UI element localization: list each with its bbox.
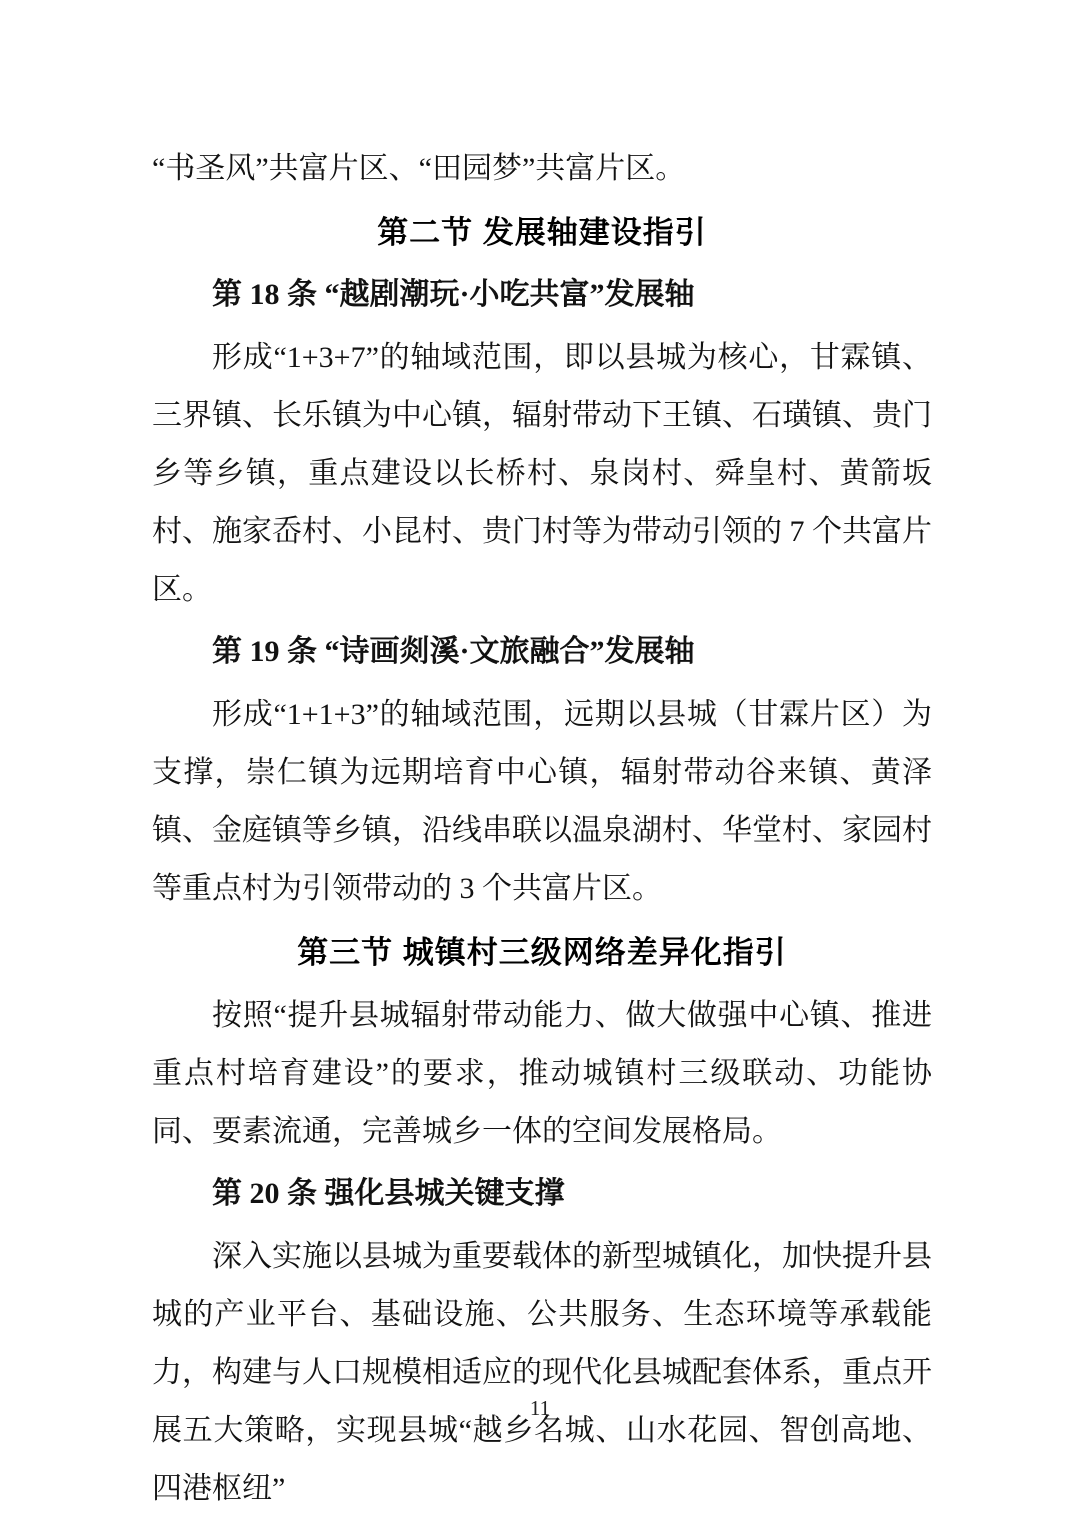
article-19-paragraph: 形成“1+1+3”的轴域范围，远期以县城（甘霖片区）为支撑，崇仁镇为远期培育中心… xyxy=(152,686,932,918)
document-page: “书圣风”共富片区、“田园梦”共富片区。 第二节 发展轴建设指引 第 18 条 … xyxy=(0,0,1080,1527)
section-3-intro-paragraph: 按照“提升县城辐射带动能力、做大做强中心镇、推进重点村培育建设”的要求，推动城镇… xyxy=(152,987,932,1161)
section-2-heading: 第二节 发展轴建设指引 xyxy=(152,204,932,262)
continued-paragraph-end: “书圣风”共富片区、“田园梦”共富片区。 xyxy=(152,140,932,198)
article-18-heading: 第 18 条 “越剧潮玩·小吃共富”发展轴 xyxy=(152,266,932,324)
article-19-heading: 第 19 条 “诗画剡溪·文旅融合”发展轴 xyxy=(152,623,932,681)
page-number: 11 xyxy=(0,1396,1080,1421)
article-20-paragraph: 深入实施以县城为重要载体的新型城镇化，加快提升县城的产业平台、基础设施、公共服务… xyxy=(152,1228,932,1518)
article-18-paragraph: 形成“1+3+7”的轴域范围，即以县城为核心，甘霖镇、三界镇、长乐镇为中心镇，辐… xyxy=(152,329,932,619)
page-text-body: “书圣风”共富片区、“田园梦”共富片区。 第二节 发展轴建设指引 第 18 条 … xyxy=(152,140,932,1518)
article-20-heading: 第 20 条 强化县城关键支撑 xyxy=(152,1165,932,1223)
section-3-heading: 第三节 城镇村三级网络差异化指引 xyxy=(152,924,932,982)
